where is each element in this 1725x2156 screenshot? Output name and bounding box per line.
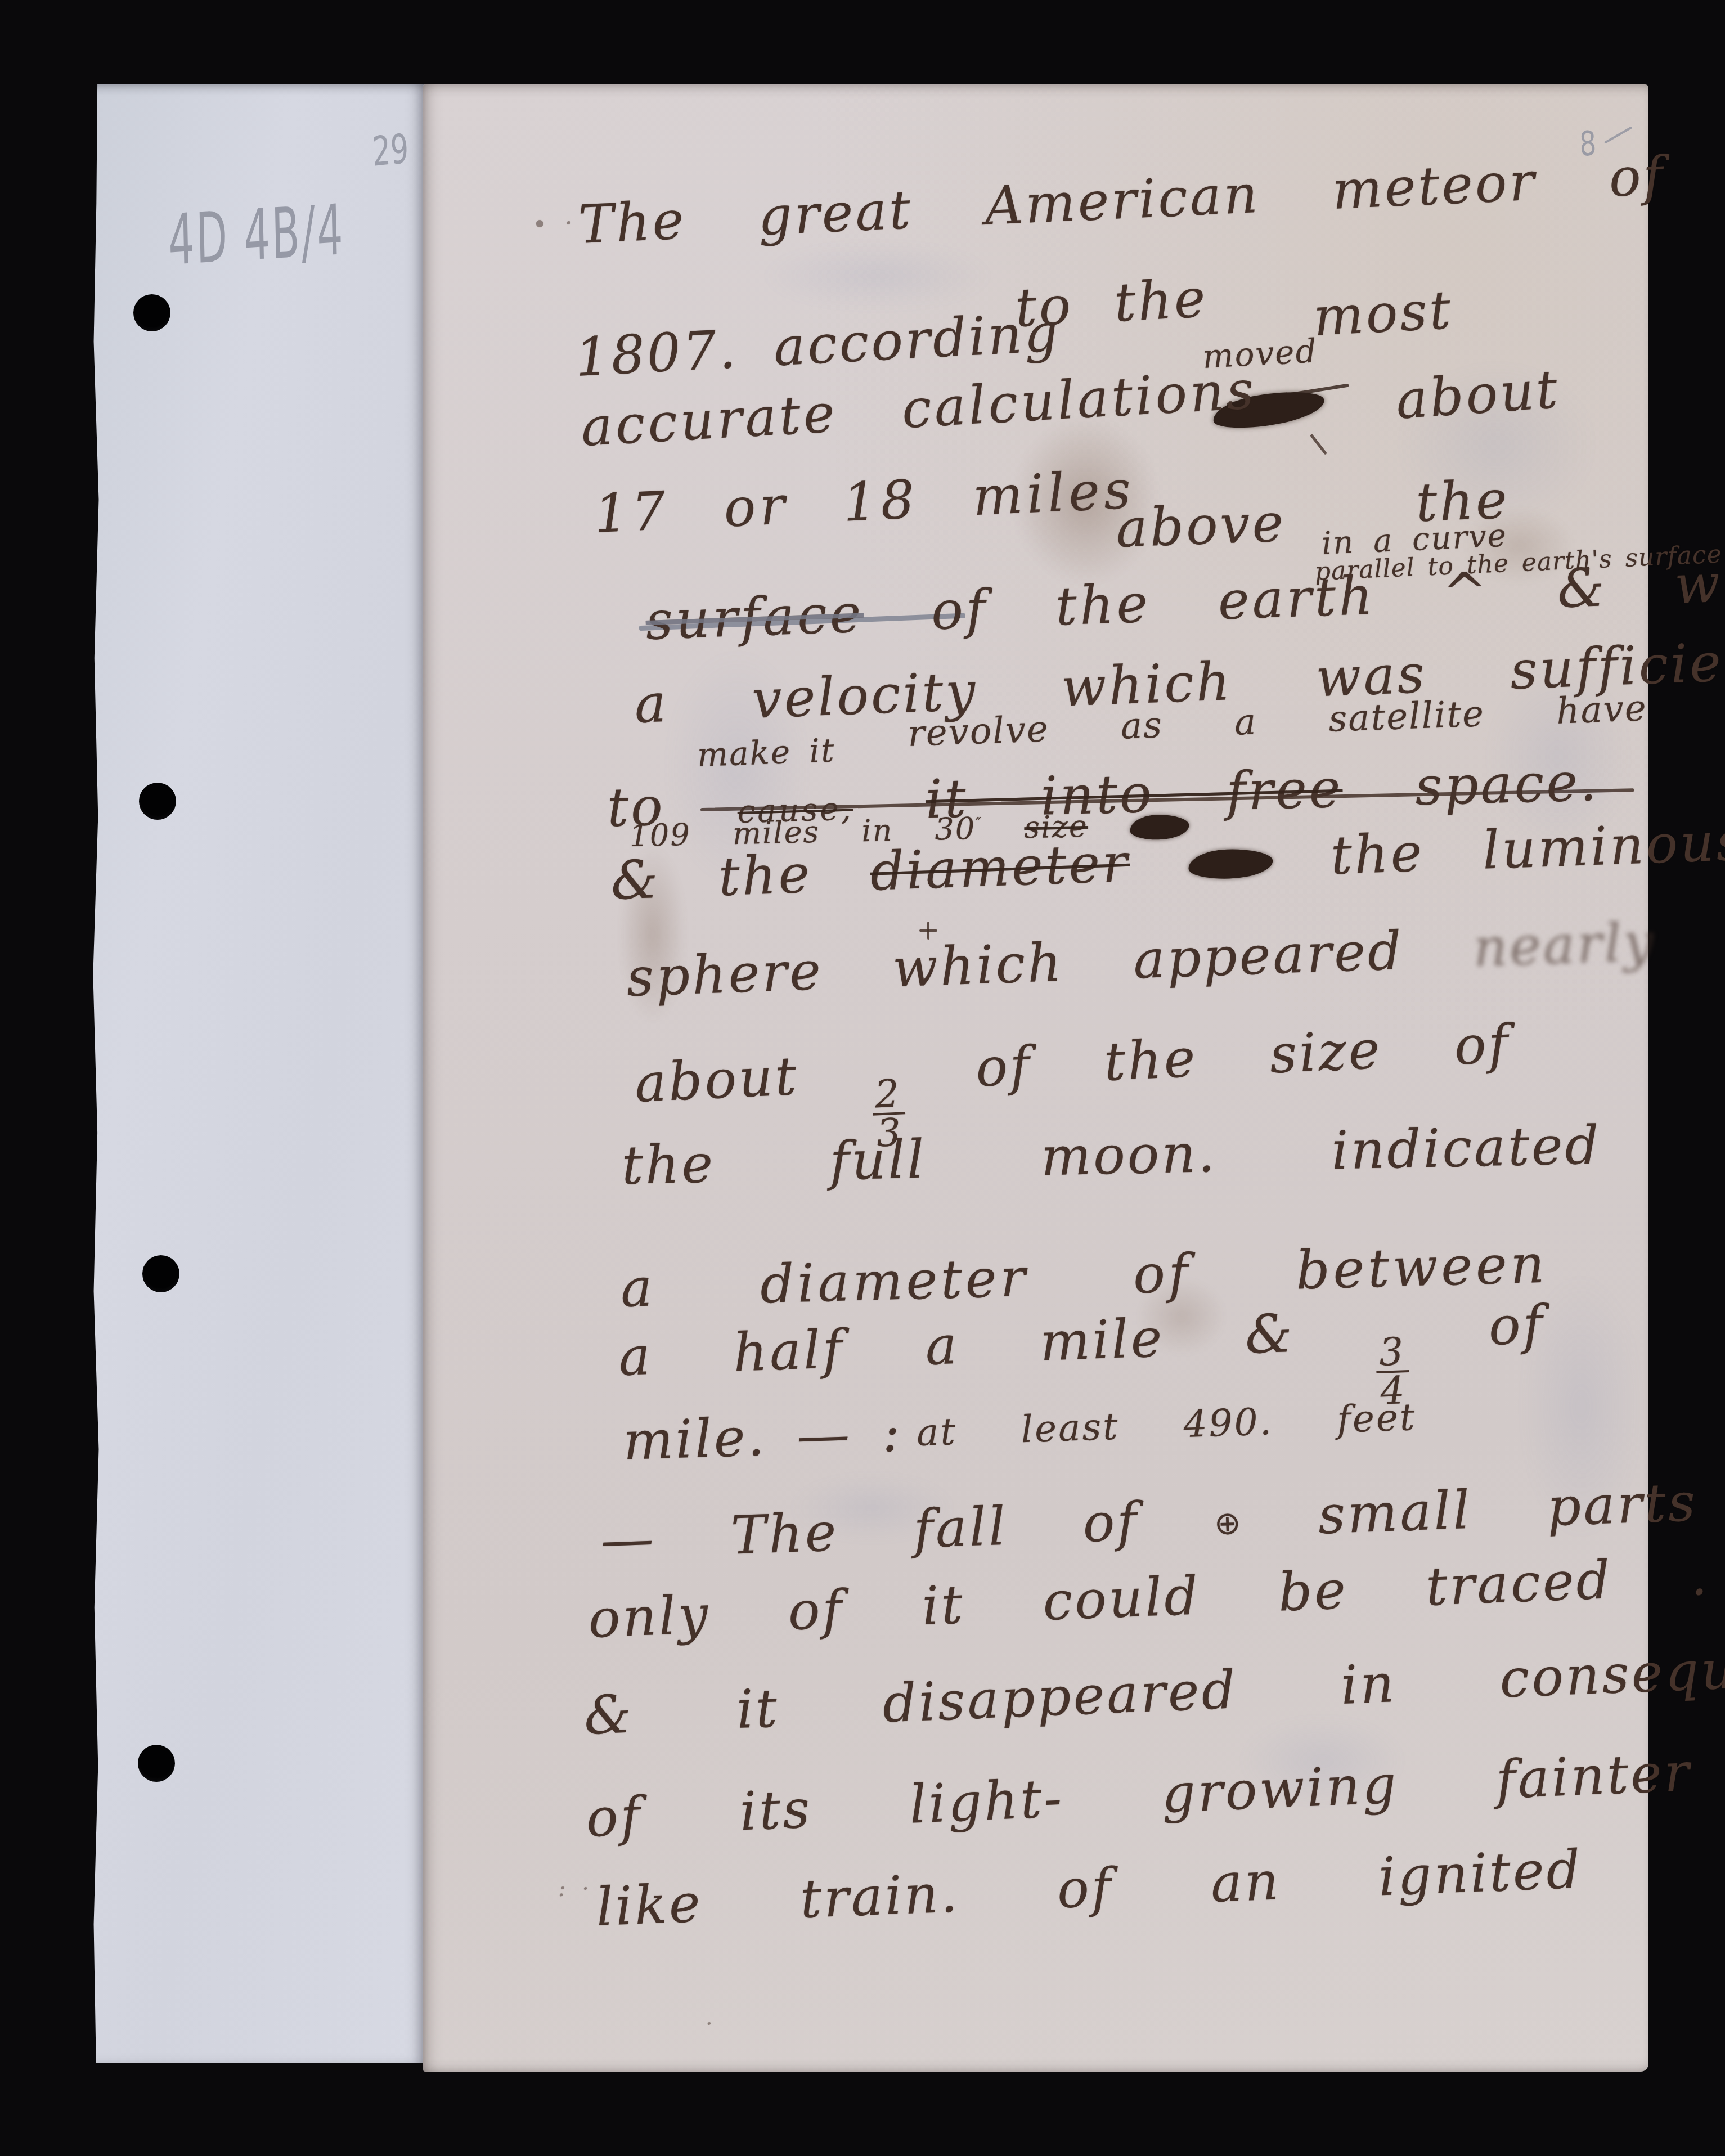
punch-hole: [133, 294, 170, 331]
line-2b: to the: [1014, 271, 1209, 336]
show-through-ghost: [760, 242, 996, 309]
ink-blot: [1188, 847, 1273, 879]
line-3b: about: [1394, 362, 1561, 429]
text-segment: about: [634, 1043, 873, 1115]
insert-make-it: make it: [697, 733, 835, 772]
fraction-numerator: 3: [1376, 1333, 1409, 1373]
text-segment: space.: [1342, 752, 1600, 820]
struck-text-segment: surface: [645, 583, 865, 652]
punch-hole: [142, 1255, 179, 1292]
line-15a: mile. — :: [622, 1405, 903, 1470]
text-segment: ∙ ·: [533, 208, 575, 238]
photograph-background: 29 4D 4B/4 8 ∙ ·The great American meteo…: [0, 0, 1725, 2156]
archival-reference-pencil: 4D 4B/4: [168, 190, 345, 281]
text-segment: ″: [976, 815, 983, 832]
text-segment: to the: [1014, 268, 1209, 339]
punch-hole: [139, 783, 176, 820]
earth-symbol-icon: ⊕: [1214, 1505, 1243, 1543]
text-segment: about: [1394, 359, 1562, 432]
stray-colon: : ·: [558, 1877, 591, 1901]
text-segment: make it: [697, 731, 836, 774]
punch-hole: [138, 1745, 175, 1782]
text-segment: [1129, 830, 1189, 894]
lead-dots: ∙ ·: [533, 209, 575, 236]
text-segment: mile. — :: [622, 1402, 903, 1472]
stray-dot: ·: [706, 2012, 715, 2036]
text-segment: : ·: [558, 1876, 591, 1902]
struck-text-segment: diameter: [869, 833, 1131, 903]
line-4b: above: [1115, 496, 1287, 557]
folio-number-pencil: 29: [371, 125, 410, 176]
text-segment: of: [1407, 1295, 1546, 1360]
text-segment: most: [1312, 280, 1454, 348]
text-segment: & the: [610, 842, 872, 912]
line-2c: most: [1312, 283, 1454, 346]
text-segment: nearly: [1472, 911, 1657, 979]
text-segment: above: [1115, 492, 1287, 559]
text-segment: ·: [706, 2011, 715, 2037]
